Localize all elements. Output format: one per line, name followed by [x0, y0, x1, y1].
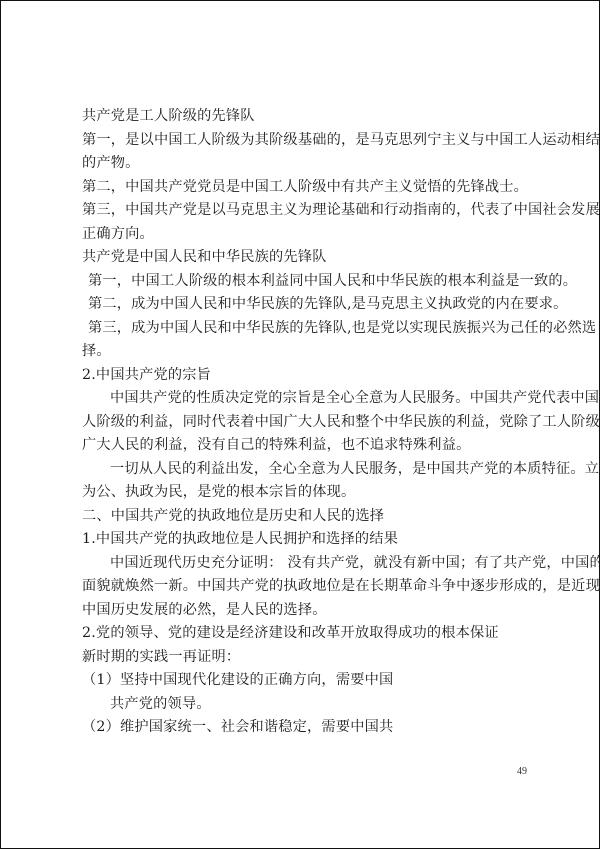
paragraph-line: 中国近现代历史充分证明： 没有共产党，就没有新中国；有了共产党，中国的 [82, 552, 527, 576]
heading-vanguard-people-nation: 共产党是中国人民和中华民族的先锋队 [82, 246, 527, 270]
paragraph-line: 新时期的实践一再证明： [82, 646, 527, 670]
paragraph-line: 面貌就焕然一新。中国共产党的执政地位是在长期革命斗争中逐步形成的，是近现代 [82, 575, 527, 599]
paragraph-line: 一切从人民的利益出发，全心全意为人民服务，是中国共产党的本质特征。立党 [82, 458, 527, 482]
paragraph-line: 择。 [82, 340, 527, 364]
paragraph-line: 为公、执政为民，是党的根本宗旨的体现。 [82, 481, 527, 505]
section-heading-ruling-status: 二、中国共产党的执政地位是历史和人民的选择 [82, 505, 527, 529]
list-item: （1）坚持中国现代化建设的正确方向，需要中国 [82, 669, 527, 693]
paragraph-line: 第一，中国工人阶级的根本利益同中国人民和中华民族的根本利益是一致的。 [82, 270, 527, 294]
paragraph-line: 正确方向。 [82, 223, 527, 247]
paragraph-line: 广大人民的利益，没有自己的特殊利益，也不追求特殊利益。 [82, 434, 527, 458]
list-item: （2）维护国家统一、社会和谐稳定，需要中国共 [82, 716, 527, 740]
paragraph-line: 人阶级的利益，同时代表着中国广大人民和整个中华民族的利益，党除了工人阶级和 [82, 411, 527, 435]
paragraph-line: 第二，中国共产党党员是中国工人阶级中有共产主义觉悟的先锋战士。 [82, 176, 527, 200]
heading-vanguard-working-class: 共产党是工人阶级的先锋队 [82, 105, 527, 129]
subsection-heading: 1.中国共产党的执政地位是人民拥护和选择的结果 [82, 528, 527, 552]
paragraph-line: 的产物。 [82, 152, 527, 176]
paragraph-line: 第一，是以中国工人阶级为其阶级基础的，是马克思列宁主义与中国工人运动相结合 [82, 129, 527, 153]
paragraph-line: 第三，中国共产党是以马克思主义为理论基础和行动指南的，代表了中国社会发展的 [82, 199, 527, 223]
paragraph-line: 第三，成为中国人民和中华民族的先锋队,也是党以实现民族振兴为己任的必然选 [82, 317, 527, 341]
paragraph-line: 中国共产党的性质决定党的宗旨是全心全意为人民服务。中国共产党代表中国工 [82, 387, 527, 411]
paragraph-line: 第二，成为中国人民和中华民族的先锋队,是马克思主义执政党的内在要求。 [82, 293, 527, 317]
page-content: 共产党是工人阶级的先锋队 第一，是以中国工人阶级为其阶级基础的，是马克思列宁主义… [82, 105, 527, 740]
subsection-heading: 2.党的领导、党的建设是经济建设和改革开放取得成功的根本保证 [82, 622, 527, 646]
document-page: 共产党是工人阶级的先锋队 第一，是以中国工人阶级为其阶级基础的，是马克思列宁主义… [0, 0, 600, 849]
section-heading-purpose: 2.中国共产党的宗旨 [82, 364, 527, 388]
page-number: 49 [517, 766, 527, 777]
list-item-continuation: 共产党的领导。 [82, 693, 527, 717]
paragraph-line: 中国历史发展的必然，是人民的选择。 [82, 599, 527, 623]
